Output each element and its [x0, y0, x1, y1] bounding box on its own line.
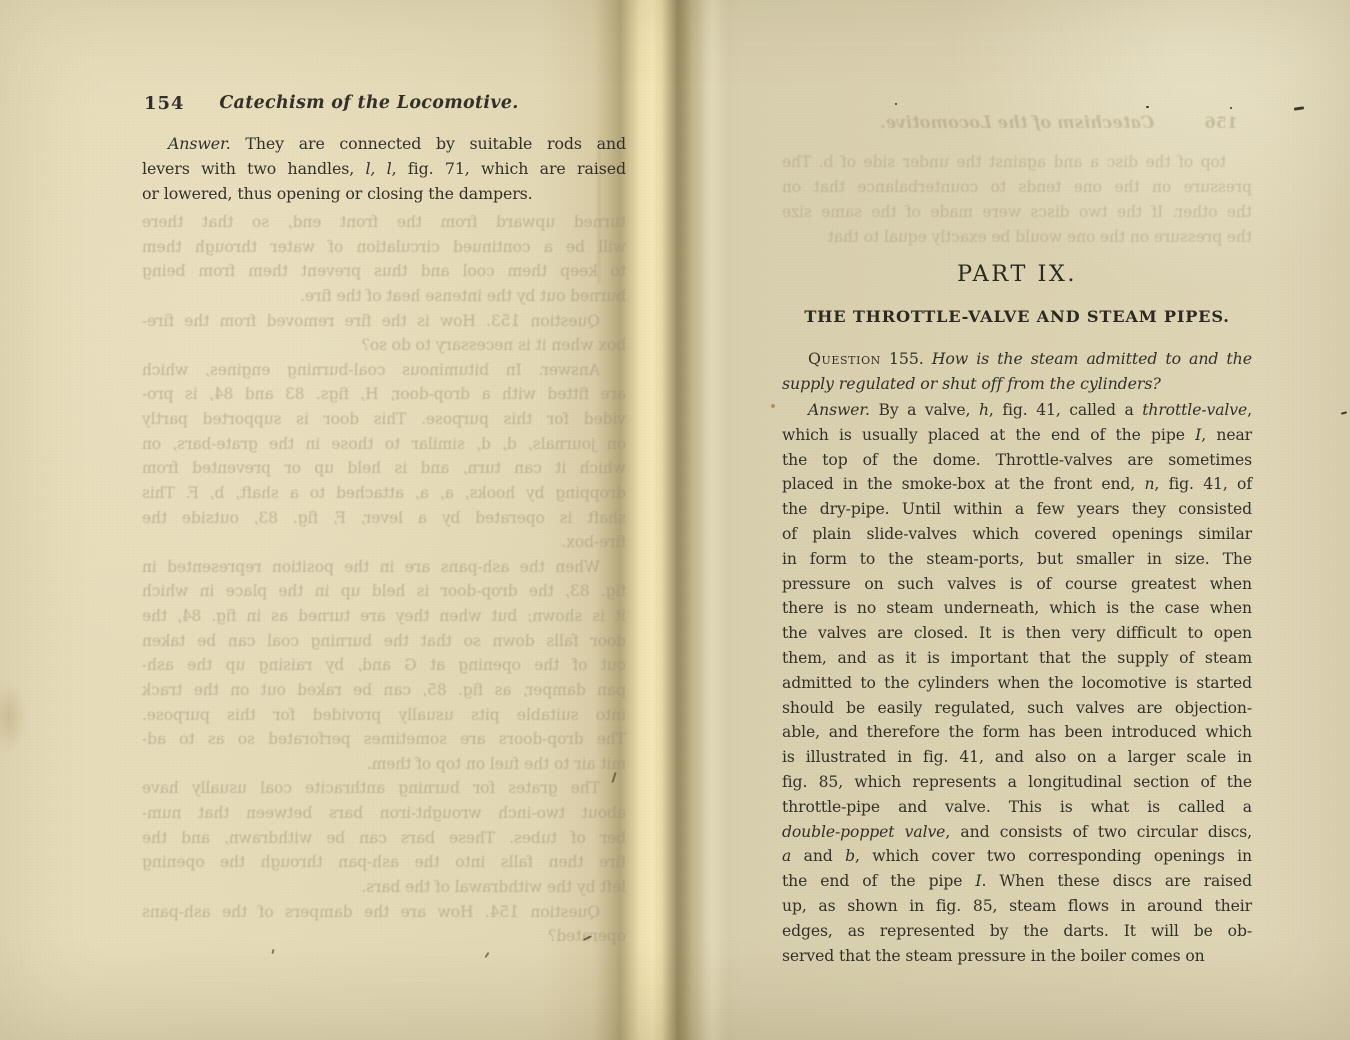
text-line: is illustrated in fig. 41, and also on a… [782, 745, 1252, 770]
text-line: in form to the steam-ports, but smaller … [782, 547, 1252, 572]
left-page-bleedthrough-text: turned upward from the front end, so tha… [142, 210, 626, 949]
text-line: fig. 83, the drop-door is held up in the… [142, 579, 626, 604]
text-line: up, as shown in fig. 85, steam flows in … [782, 894, 1252, 919]
text-line: double-poppet valve, and consists of two… [782, 820, 1252, 845]
text-line: Answer. They are connected by suitable r… [142, 131, 626, 156]
text-line: When the ash-pans are in the position re… [142, 555, 626, 580]
paper-fleck [771, 404, 775, 408]
foxing-stain [0, 682, 26, 752]
text-line: them, and as it is important that the su… [782, 646, 1252, 671]
ink-speck [1146, 106, 1149, 108]
text-line: left by the withdrawal of the bars. [142, 875, 626, 900]
ink-speck [271, 949, 274, 954]
text-line: the top of the dome. Throttle-valves are… [782, 448, 1252, 473]
text-line: pan damper, as fig. 85, can be raked out… [142, 678, 626, 703]
ghost-running-head: 156 Catechism of the Locomotive. [782, 110, 1252, 136]
text-line: into suitable pits usually provided for … [142, 703, 626, 728]
ink-speck [1230, 107, 1232, 109]
ghost-page-number: 156 [1205, 110, 1238, 135]
text-line: box when it is necessary to do so? [142, 333, 626, 358]
text-line: shaft is operated by a lever, F, fig. 83… [142, 506, 626, 531]
text-line: supply regulated or shut off from the cy… [782, 371, 1252, 396]
text-line: to keep them cool and thus prevent them … [142, 259, 626, 284]
paper-sheen-band [698, 0, 728, 1040]
ink-speck [1341, 411, 1347, 414]
text-line: which it can turn, and is held up or pre… [142, 456, 626, 481]
text-line: The drop-doors are sometimes perforated … [142, 727, 626, 752]
text-line: fire then falls into the ash-pan through… [142, 850, 626, 875]
text-line: pressure on the one tends to counterbala… [782, 175, 1252, 200]
text-line: which is usually placed at the end of th… [782, 423, 1252, 448]
text-line: mit air to the fuel on top of them. [142, 752, 626, 777]
text-line: Question 155. How is the steam admitted … [782, 346, 1252, 371]
ink-speck [1294, 106, 1304, 110]
text-line: fig. 85, which represents a longitudinal… [782, 770, 1252, 795]
text-line: fire-box. [142, 530, 626, 555]
text-line: it is shown; but when they are turned as… [142, 604, 626, 629]
text-line: the dry-pipe. Until within a few years t… [782, 497, 1252, 522]
text-line: Answer. In bituminous coal-burning engin… [142, 358, 626, 383]
text-line: operated? [142, 924, 626, 949]
ink-speck [484, 952, 489, 958]
running-head: Catechism of the Locomotive. [142, 93, 596, 113]
text-line: top of the disc a and against the under … [782, 150, 1252, 175]
text-line: the other. If the two discs were made of… [782, 200, 1252, 225]
text-line: there is no steam underneath, which is t… [782, 596, 1252, 621]
text-line: the end of the pipe I. When these discs … [782, 869, 1252, 894]
text-line: door falls down so that the burning coal… [142, 629, 626, 654]
text-line: should be easily regulated, such valves … [782, 696, 1252, 721]
chapter-heading: THE THROTTLE-VALVE AND STEAM PIPES. [782, 307, 1252, 326]
text-line: The grates for burning anthracite coal u… [142, 776, 626, 801]
text-line: able, and therefore the form has been in… [782, 720, 1252, 745]
text-line: are fitted with a drop-door, H, figs. 83… [142, 382, 626, 407]
ghost-running-head-title: Catechism of the Locomotive. [782, 110, 1252, 135]
answer-paragraph: Answer. By a valve, h, fig. 41, called a… [782, 398, 1252, 968]
left-answer-paragraph: Answer. They are connected by suitable r… [142, 131, 626, 206]
text-line: of plain slide-valves which covered open… [782, 522, 1252, 547]
text-line: burned out by the intense heat of the fi… [142, 284, 626, 309]
text-line: dropping by hooks, a, a, attached to a s… [142, 481, 626, 506]
text-line: pressure on such valves is of course gre… [782, 572, 1252, 597]
ink-speck [895, 103, 897, 105]
ghost-paragraph: top of the disc a and against the under … [782, 150, 1252, 250]
text-line: vided for this purpose. This door is sup… [142, 407, 626, 432]
part-heading: PART IX. [782, 261, 1252, 287]
question-paragraph: Question 155. How is the steam admitted … [782, 346, 1252, 396]
text-line: placed in the smoke-box at the front end… [782, 472, 1252, 497]
left-page-header: 154 Catechism of the Locomotive. [142, 93, 626, 119]
text-line: edges, as represented by the darts. It w… [782, 919, 1252, 944]
text-line: Question 153. How is the fire removed fr… [142, 309, 626, 334]
text-line: ber of tubes. These bars can be withdraw… [142, 826, 626, 851]
text-line: levers with two handles, l, l, fig. 71, … [142, 156, 626, 181]
text-line: Answer. By a valve, h, fig. 41, called a… [782, 398, 1252, 423]
text-line: the pressure on the one would be exactly… [782, 225, 1252, 250]
text-line: served that the steam pressure in the bo… [782, 944, 1252, 969]
text-line: turned upward from the front end, so tha… [142, 210, 626, 235]
text-line: Question 154. How are the dampers of the… [142, 900, 626, 925]
text-line: the valves are closed. It is then very d… [782, 621, 1252, 646]
text-line: about two-inch wrought-iron bars between… [142, 801, 626, 826]
text-line: will be a continued circulation of water… [142, 235, 626, 260]
text-line: or lowered, thus opening or closing the … [142, 181, 626, 206]
right-page-bleedthrough-text: 156 Catechism of the Locomotive. top of … [782, 110, 1252, 250]
text-line: a and b, which cover two corresponding o… [782, 844, 1252, 869]
text-line: on journals, d, d, similar to those in t… [142, 432, 626, 457]
text-line: admitted to the cylinders when the locom… [782, 671, 1252, 696]
text-line: throttle-pipe and valve. This is what is… [782, 795, 1252, 820]
book-scan: { "palette": { "page_left": "#e4dab8", "… [0, 0, 1350, 1040]
text-line: out of the opening at G and, by raising … [142, 653, 626, 678]
